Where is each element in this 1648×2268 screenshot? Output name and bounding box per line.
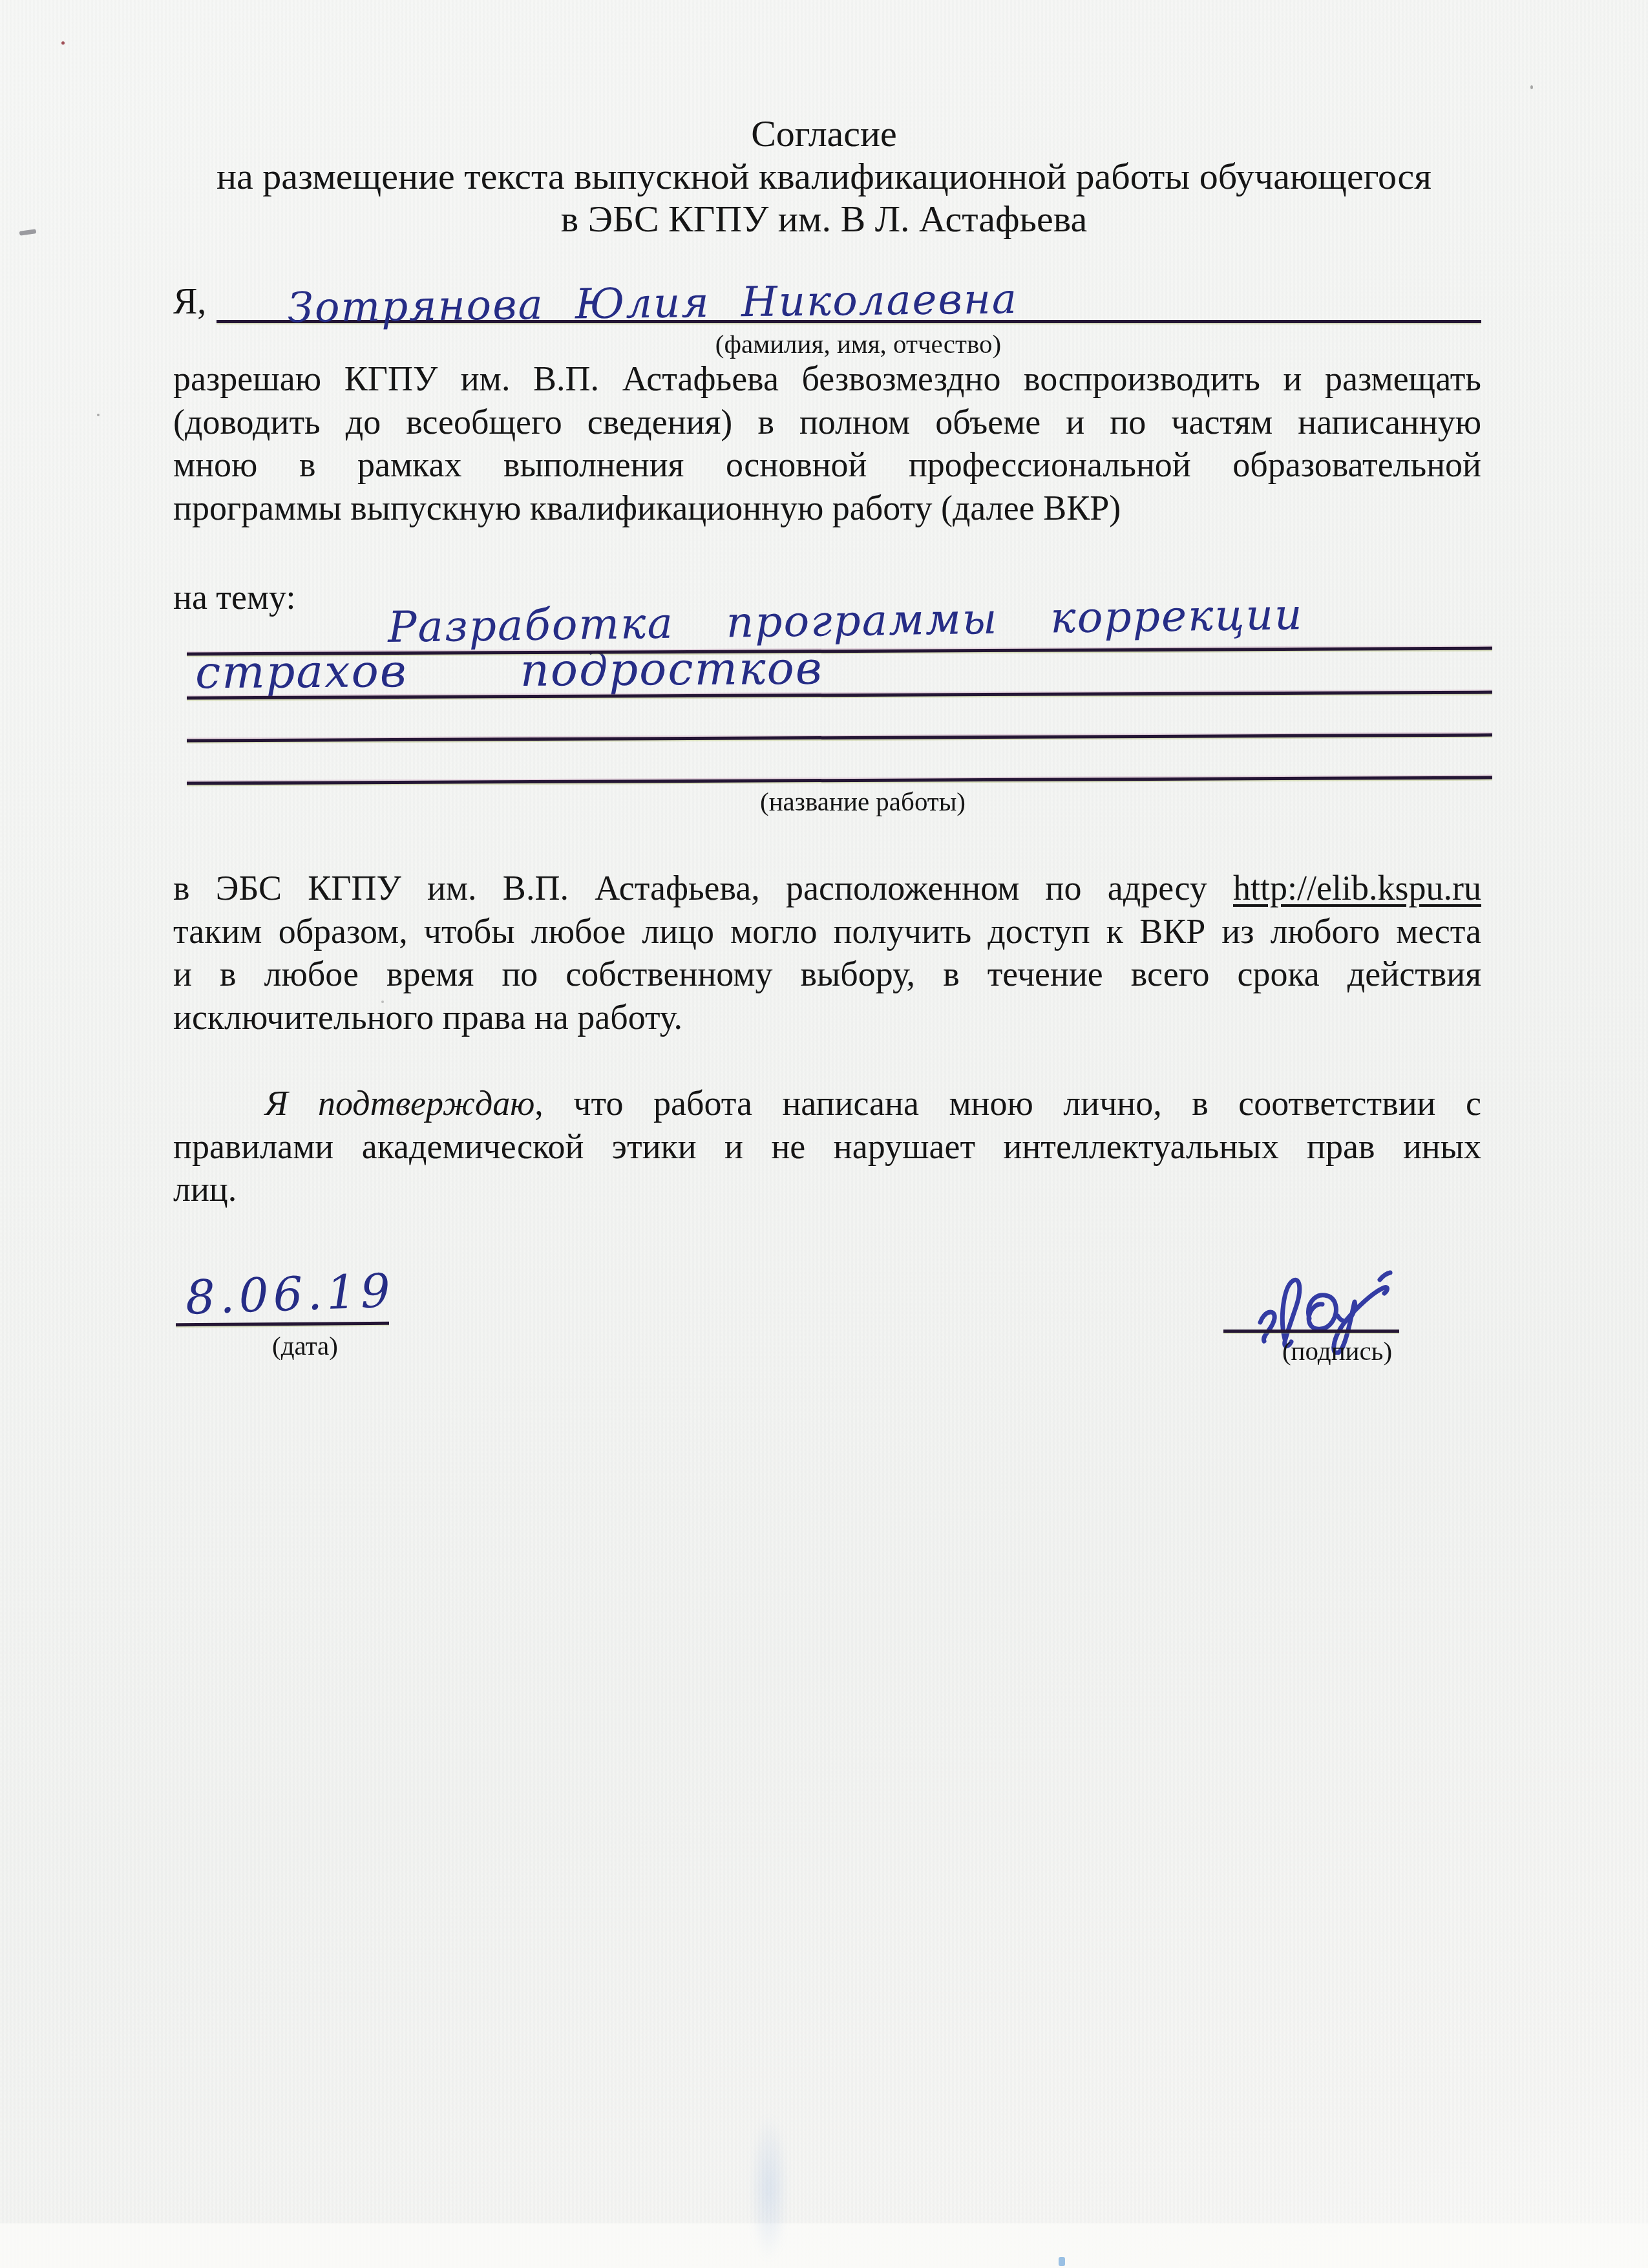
paragraph-line: правилами академической этики и не наруш… — [173, 1125, 1481, 1169]
date-blank-line — [176, 1322, 389, 1326]
paragraph-line: программы выпускную квалификационную раб… — [173, 487, 1481, 530]
elib-url: http://elib.kspu.ru — [1233, 869, 1481, 907]
name-blank-line: Зотрянова Юлия Николаевна — [217, 268, 1481, 323]
paragraph-line: разрешаю КГПУ им. В.П. Астафьева безвозм… — [173, 357, 1481, 401]
topic-caption: (название работы) — [209, 786, 1517, 817]
scan-artifact — [0, 2223, 1648, 2268]
paragraph-line: лиц. — [173, 1168, 1481, 1211]
paragraph-text: , что работа написана мною лично, в соот… — [534, 1084, 1481, 1123]
topic-blank-line — [187, 776, 1492, 785]
scan-artifact — [61, 41, 65, 45]
paragraph-line: таким образом, чтобы любое лицо могло по… — [173, 910, 1481, 953]
paragraph-line: и в любое время по собственному выбору, … — [173, 953, 1481, 996]
paragraph-line: в ЭБС КГПУ им. В.П. Астафьева, расположе… — [173, 867, 1481, 910]
document-subtitle-line1: на размещение текста выпускной квалифика… — [0, 155, 1648, 198]
paragraph-line: исключительного права на работу. — [173, 996, 1481, 1039]
topic-blank-line — [187, 734, 1492, 743]
confirmation-paragraph: Я подтверждаю, что работа написана мною … — [173, 1082, 1481, 1211]
paragraph-line: Я подтверждаю, что работа написана мною … — [173, 1082, 1481, 1125]
document-header: Согласие на размещение текста выпускной … — [0, 112, 1648, 240]
name-caption: (фамилия, имя, отчество) — [204, 328, 1512, 359]
permission-paragraph: разрешаю КГПУ им. В.П. Астафьева безвозм… — [173, 357, 1481, 529]
paragraph-text: в ЭБС КГПУ им. В.П. Астафьева, расположе… — [173, 869, 1207, 907]
handwritten-name: Зотрянова Юлия Николаевна — [288, 278, 1019, 330]
paragraph-line: мною в рамках выполнения основной профес… — [173, 443, 1481, 487]
name-prefix: Я, — [173, 281, 206, 323]
access-paragraph: в ЭБС КГПУ им. В.П. Астафьева, расположе… — [173, 867, 1481, 1039]
scan-artifact — [1530, 85, 1533, 89]
signature-blank-line — [1223, 1330, 1399, 1333]
scanned-consent-document: Согласие на размещение текста выпускной … — [0, 0, 1648, 2268]
name-row: Я, Зотрянова Юлия Николаевна — [173, 271, 1481, 323]
scan-artifact — [97, 414, 100, 416]
scan-artifact — [750, 2114, 788, 2262]
handwritten-date: 8.06.19 — [185, 1263, 396, 1324]
signature-caption: (подпись) — [1249, 1335, 1425, 1366]
document-title: Согласие — [0, 112, 1648, 155]
scan-artifact — [1059, 2257, 1065, 2266]
confirmation-emphasis: Я подтверждаю — [265, 1084, 534, 1123]
handwritten-topic-line1: Разработка программы коррекции — [388, 589, 1304, 652]
date-caption: (дата) — [198, 1330, 412, 1361]
document-subtitle-line2: в ЭБС КГПУ им. В Л. Астафьева — [0, 198, 1648, 240]
topic-label: на тему: — [173, 577, 295, 617]
paragraph-line: (доводить до всеобщего сведения) в полно… — [173, 401, 1481, 444]
